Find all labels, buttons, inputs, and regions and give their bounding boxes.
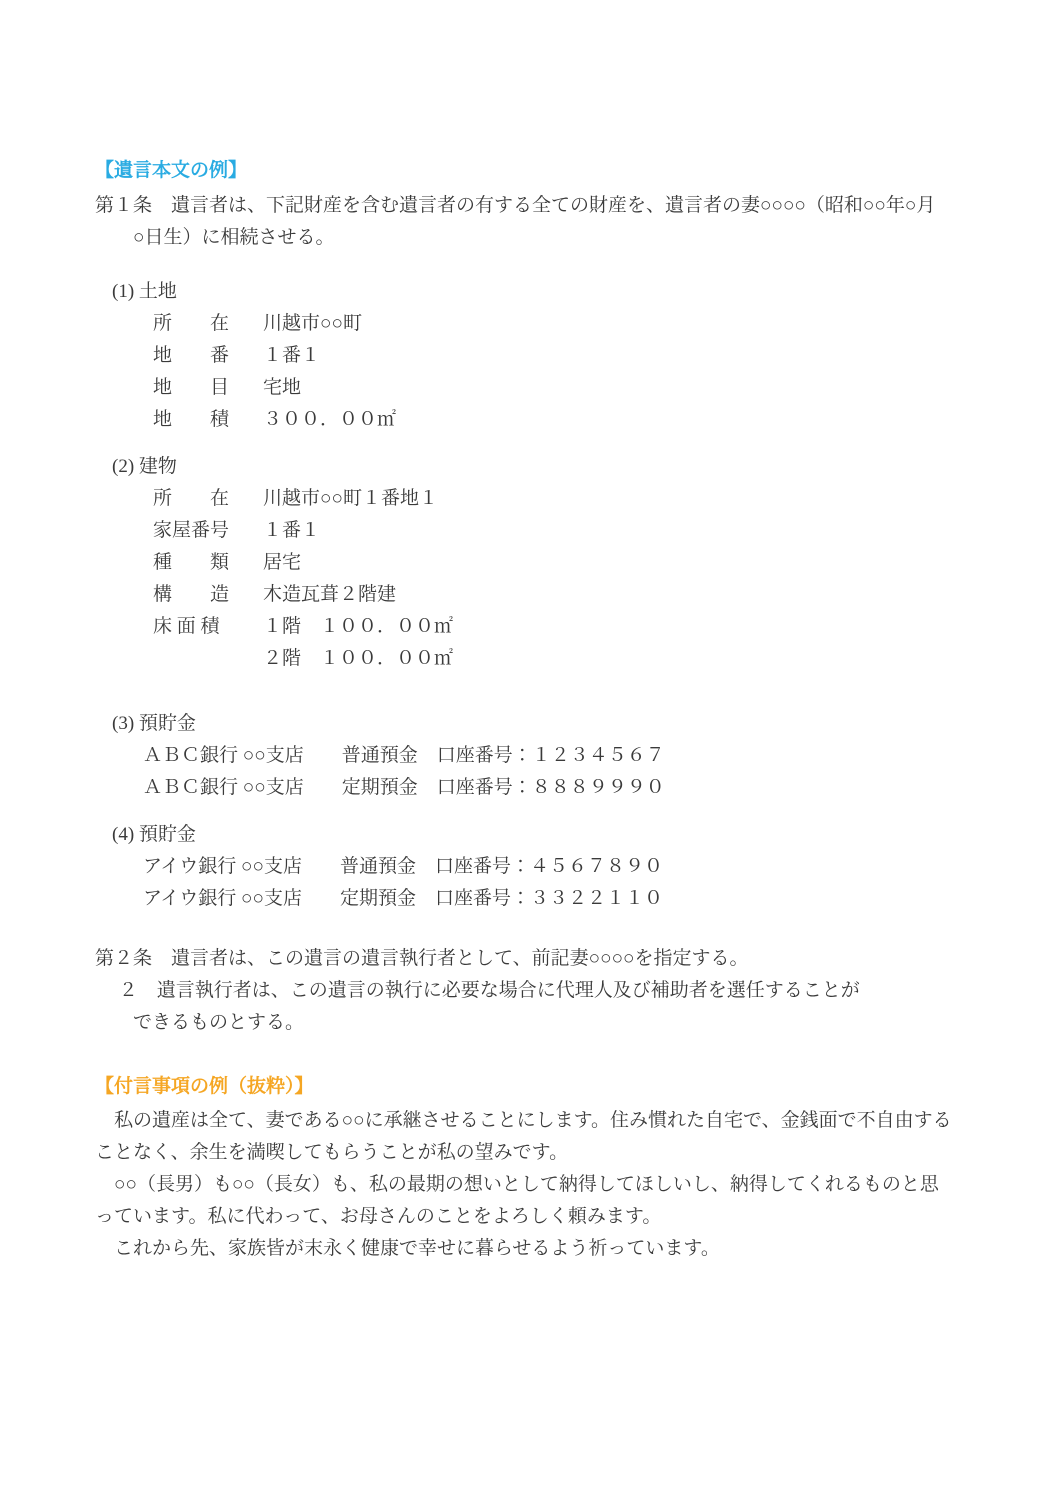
addendum-paragraph1-line2: ことなく、余生を満喫してもらうことが私の望みです。 [95, 1137, 998, 1169]
property-value: １番１ [263, 520, 320, 541]
addendum-paragraph2-line2: っています。私に代わって、お母さんのことをよろしく頼みます。 [95, 1201, 998, 1233]
property-label: 構 造 [153, 579, 263, 611]
property-label: 家屋番号 [153, 515, 263, 547]
addendum-paragraph3-line1: これから先、家族皆が末永く健康で幸せに暮らせるよう祈っています。 [95, 1233, 998, 1265]
addendum-paragraph1-line1: 私の遺産は全て、妻である○○に承継させることにします。住み慣れた自宅で、金銭面で… [95, 1105, 998, 1137]
building-floor-area-row-2f: ２階 １００．００㎡ [95, 643, 998, 675]
property-value: 川越市○○町１番地１ [263, 488, 438, 509]
building-house-number-row: 家屋番号１番１ [95, 515, 998, 547]
property-value: 木造瓦葺２階建 [263, 584, 396, 605]
article1-line1: 第１条 遺言者は、下記財産を含む遺言者の有する全ての財産を、遺言者の妻○○○○（… [95, 190, 998, 222]
property-value: １階 １００．００㎡ [263, 616, 453, 637]
property-value: 居宅 [263, 552, 301, 573]
addendum-example-heading: 【付言事項の例（抜粋）】 [95, 1071, 998, 1103]
building-type-row: 種 類居宅 [95, 547, 998, 579]
property-value: １番１ [263, 345, 320, 366]
property-value: ２階 １００．００㎡ [263, 648, 453, 669]
property-label: 所 在 [153, 483, 263, 515]
property-label: 床 面 積 [153, 611, 263, 643]
asset-deposits1-title: (3) 預貯金 [95, 708, 998, 740]
article2-line3: できるものとする。 [95, 1007, 998, 1039]
asset-building-title: (2) 建物 [95, 451, 998, 483]
property-value: ３００．００㎡ [263, 409, 396, 430]
property-value: 川越市○○町 [263, 313, 362, 334]
will-body-example-heading: 【遺言本文の例】 [95, 155, 998, 187]
abc-bank-time-deposit-row: ＡＢＣ銀行 ○○支店 定期預金 口座番号：８８８９９９０ [95, 772, 998, 804]
will-example-document: 【遺言本文の例】 第１条 遺言者は、下記財産を含む遺言者の有する全ての財産を、遺… [0, 0, 1058, 1497]
article1-line2: ○日生）に相続させる。 [95, 222, 998, 254]
building-location-row: 所 在川越市○○町１番地１ [95, 483, 998, 515]
property-label: 地 目 [153, 372, 263, 404]
property-value: 宅地 [263, 377, 301, 398]
property-label: 所 在 [153, 308, 263, 340]
property-label: 種 類 [153, 547, 263, 579]
land-lot-number-row: 地 番１番１ [95, 340, 998, 372]
article2-line2: ２ 遺言執行者は、この遺言の執行に必要な場合に代理人及び補助者を選任することが [95, 975, 998, 1007]
asset-land-title: (1) 土地 [95, 276, 998, 308]
addendum-paragraph2-line1: ○○（長男）も○○（長女）も、私の最期の想いとして納得してほしいし、納得してくれ… [95, 1169, 998, 1201]
aiu-bank-time-deposit-row: アイウ銀行 ○○支店 定期預金 口座番号：３３２２１１０ [95, 883, 998, 915]
asset-deposits2-title: (4) 預貯金 [95, 819, 998, 851]
property-label: 地 積 [153, 404, 263, 436]
land-area-row: 地 積３００．００㎡ [95, 404, 998, 436]
property-label: 地 番 [153, 340, 263, 372]
building-floor-area-row-1f: 床 面 積１階 １００．００㎡ [95, 611, 998, 643]
land-category-row: 地 目宅地 [95, 372, 998, 404]
land-location-row: 所 在川越市○○町 [95, 308, 998, 340]
building-structure-row: 構 造木造瓦葺２階建 [95, 579, 998, 611]
article2-line1: 第２条 遺言者は、この遺言の遺言執行者として、前記妻○○○○を指定する。 [95, 943, 998, 975]
aiu-bank-ordinary-account-row: アイウ銀行 ○○支店 普通預金 口座番号：４５６７８９０ [95, 851, 998, 883]
abc-bank-ordinary-account-row: ＡＢＣ銀行 ○○支店 普通預金 口座番号：１２３４５６７ [95, 740, 998, 772]
